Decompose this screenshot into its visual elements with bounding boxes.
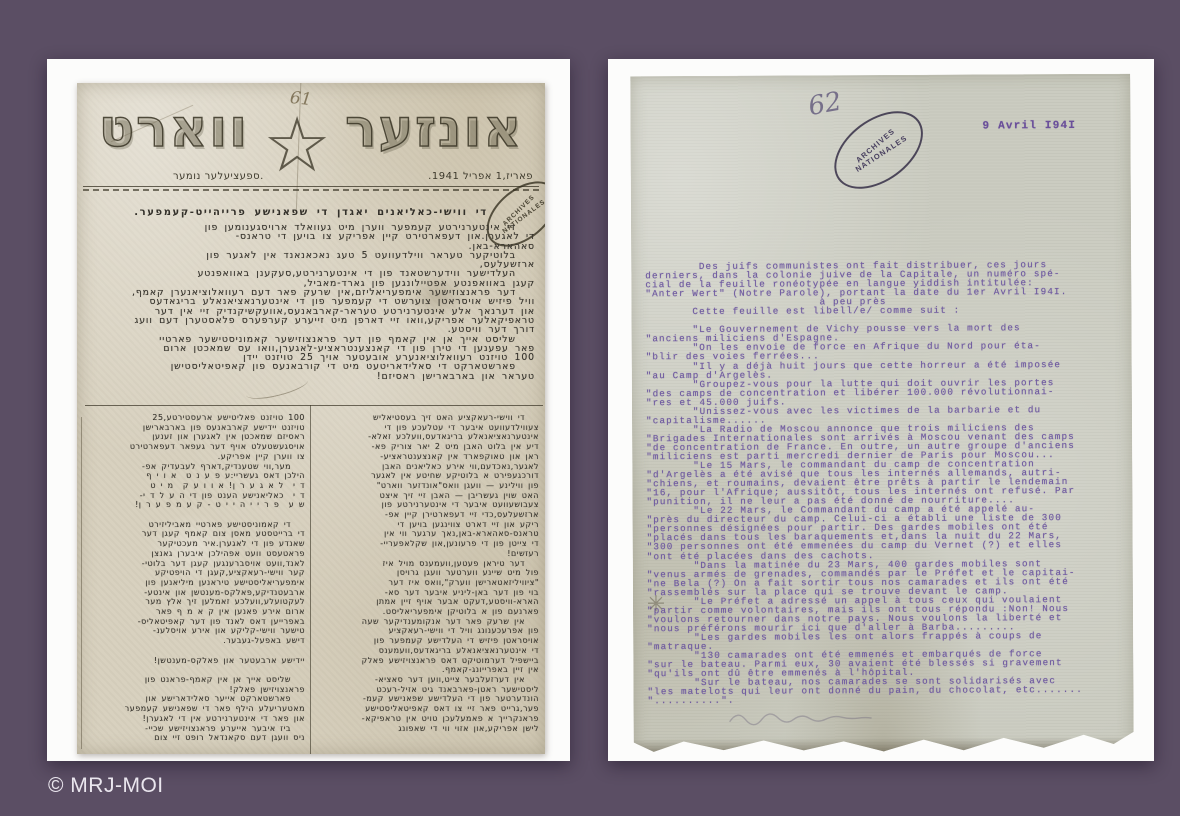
newspaper-masthead: אונזער ☆ ווארט (77, 99, 545, 177)
column-divider-rule (310, 405, 311, 754)
masthead-word-right: אונזער (345, 99, 523, 159)
left-photo-mat: 61 אונזער ☆ ווארט ספעציעלער נומער. פאריז… (47, 59, 570, 761)
column-edge-rule (81, 417, 82, 749)
pencil-annotation (726, 707, 896, 730)
masthead-rule (83, 186, 539, 187)
special-issue-label: ספעציעלער נומער. (173, 171, 264, 185)
french-report-page: 62 ARCHIVES NATIONALES 9 Avril I94I Des … (630, 74, 1134, 754)
report-date: 9 Avril I94I (982, 120, 1076, 132)
issue-date: פאריז,1 אפריל 1941. (428, 171, 533, 185)
torn-bottom-edge (634, 737, 1134, 754)
yiddish-newspaper-page: 61 אונזער ☆ ווארט ספעציעלער נומער. פאריז… (77, 83, 545, 754)
masthead-word-left: ווארט (99, 99, 249, 159)
right-photo-mat: 62 ARCHIVES NATIONALES 9 Avril I94I Des … (608, 59, 1154, 761)
masthead-dateline: ספעציעלער נומער. פאריז,1 אפריל 1941. (85, 171, 537, 185)
body-column-right: די ווישי-רעאקציע האט זיך בעסטיאליש צעווי… (321, 413, 539, 733)
masthead-rule-dashed (83, 189, 539, 191)
handwritten-page-number: 62 (806, 87, 844, 122)
report-body-text: Des juifs communistes ont fait distribue… (645, 260, 1119, 706)
lead-paragraphs: די אינטערנירטע קעמפער ווערן מיט געוואלד … (87, 223, 535, 381)
star-icon: ☆ (263, 115, 331, 175)
archives-nationales-stamp: ARCHIVES NATIONALES (820, 95, 937, 204)
columns-top-rule (85, 405, 543, 406)
archive-photo: { "photo": { "copyright": "© MRJ-MOI" },… (0, 0, 1180, 816)
lead-headline: די ווישי-כאליאנים יאגדן די שפאנישע פרייה… (87, 207, 535, 218)
copyright-label: © MRJ-MOI (48, 774, 164, 798)
body-column-left: 100 טויזנט פאליטישע ארעסטירטע,25 טויזנט … (87, 413, 305, 743)
